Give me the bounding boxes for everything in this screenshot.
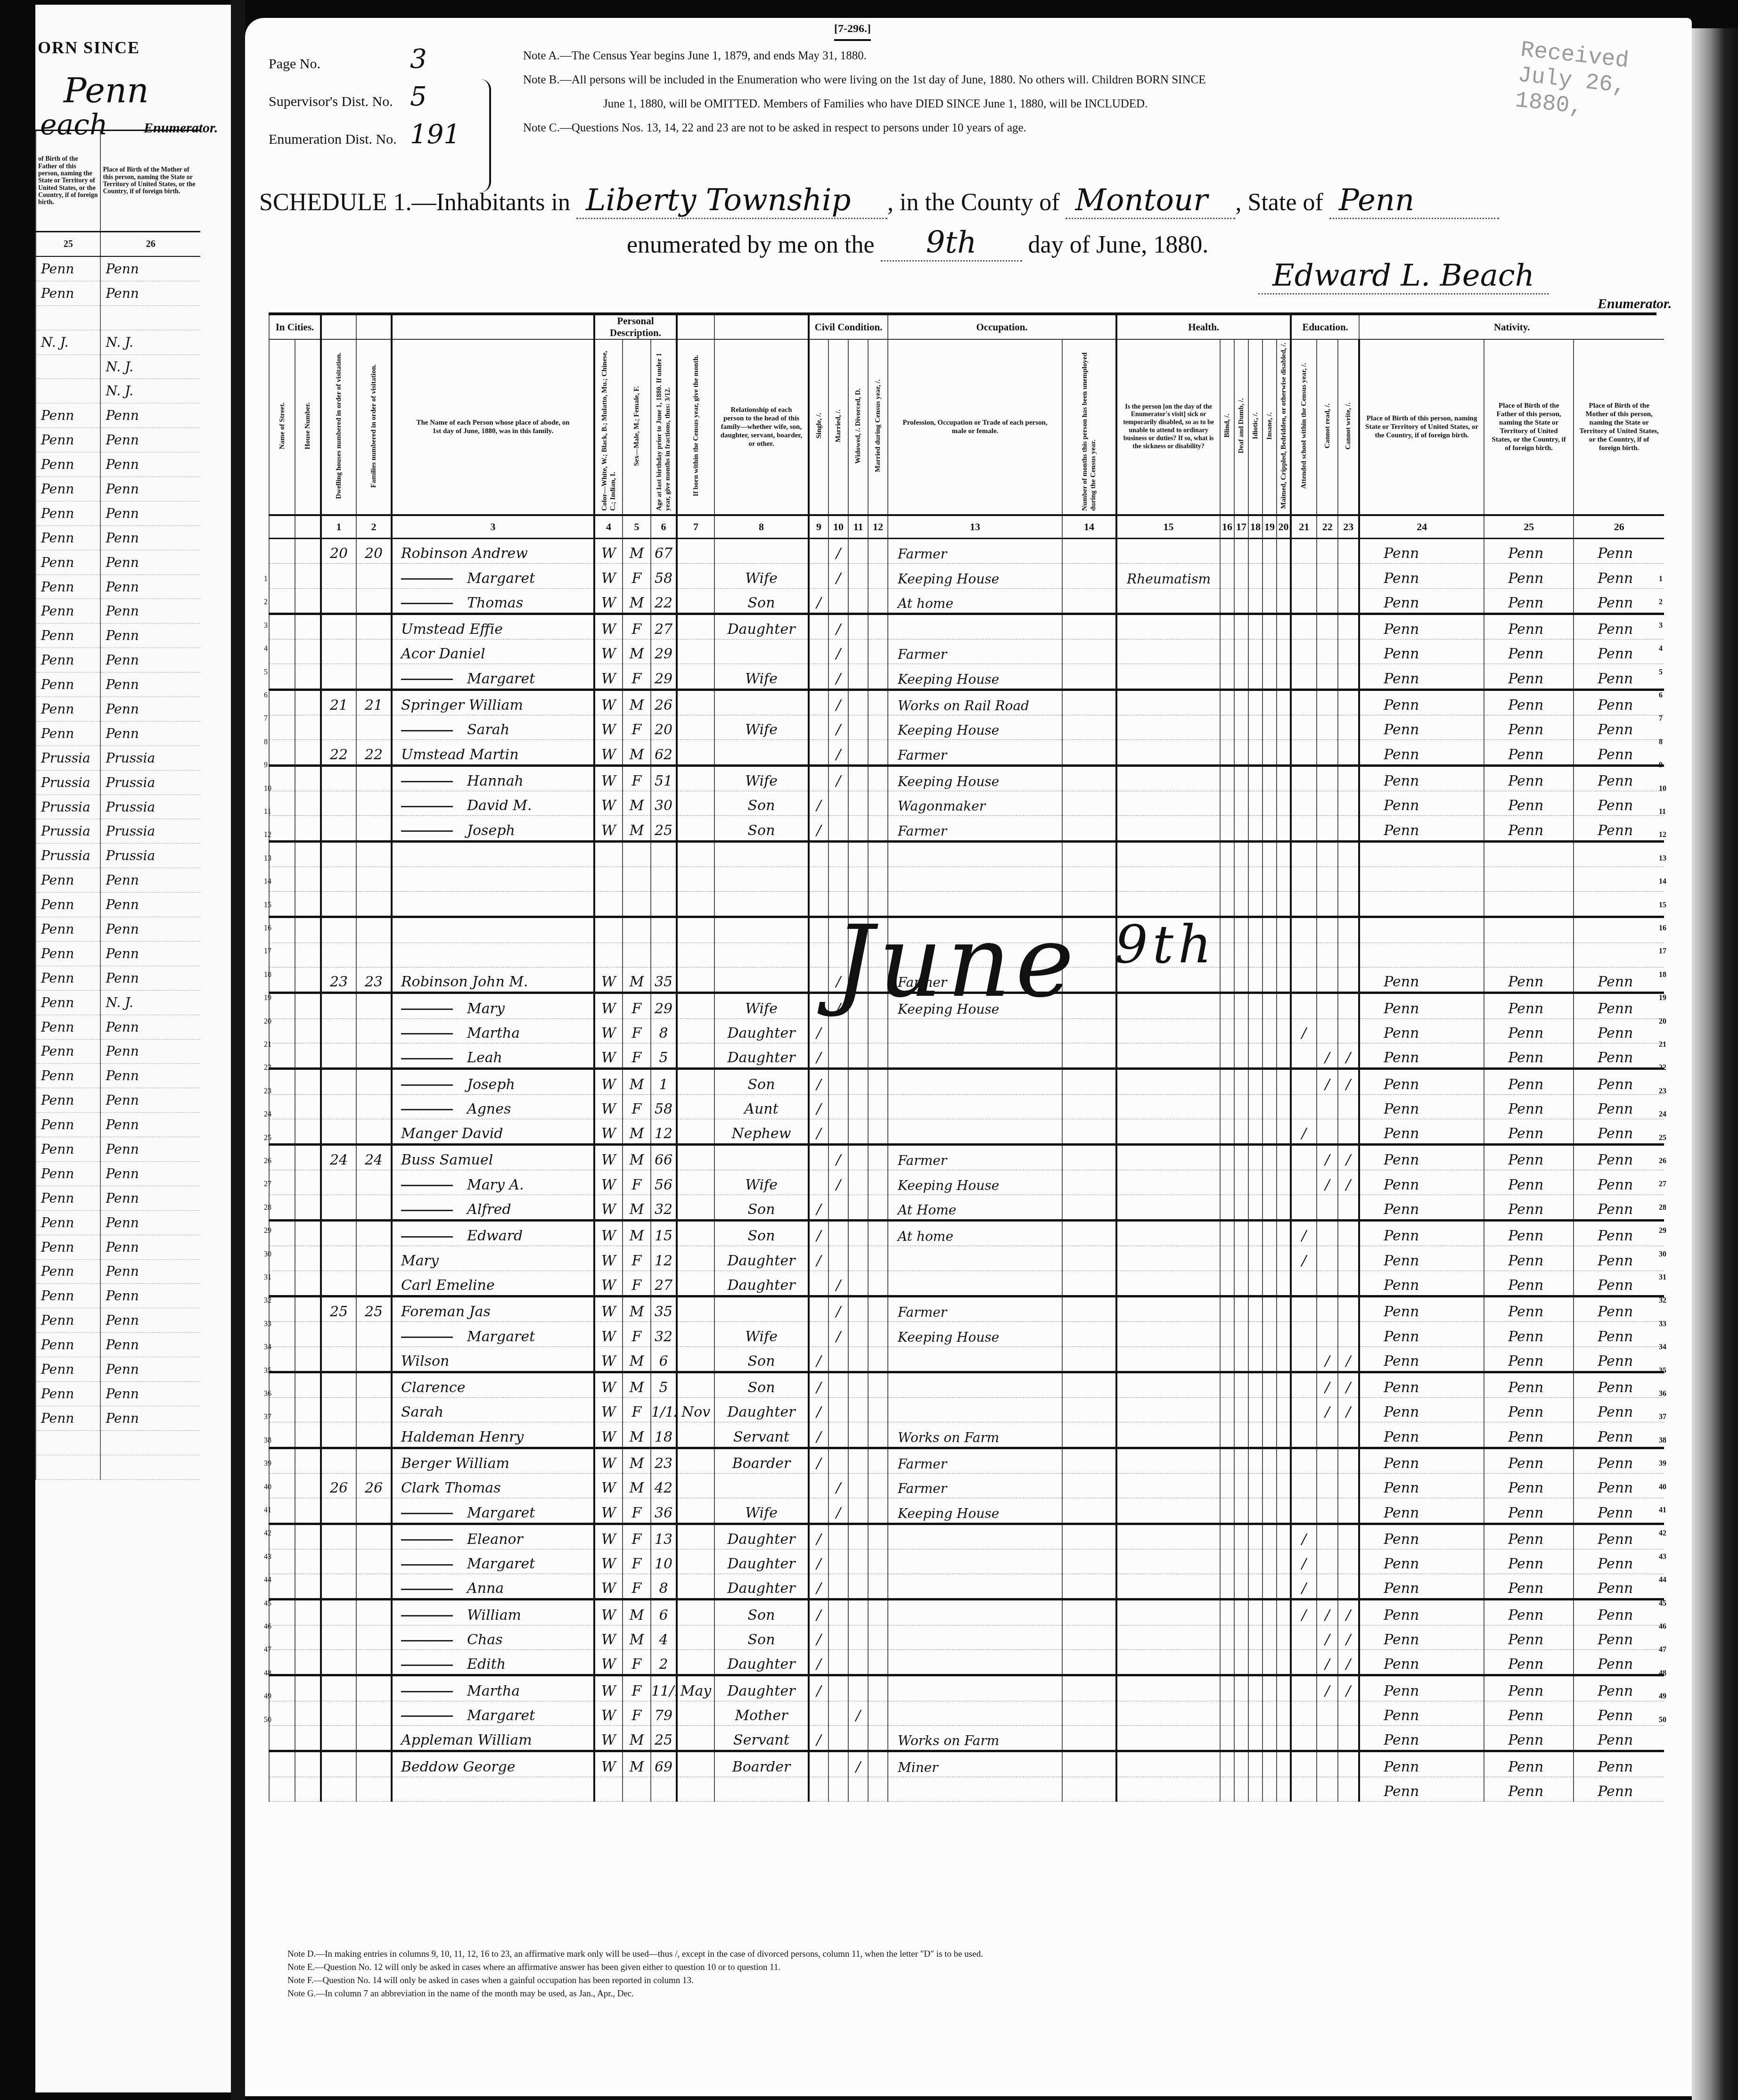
cell-empty bbox=[1220, 1145, 1234, 1170]
cell-married bbox=[828, 1221, 848, 1246]
cell-fam bbox=[356, 1549, 392, 1574]
cell-empty bbox=[1062, 1346, 1116, 1372]
binding-gutter bbox=[231, 0, 245, 2100]
left-cell-mother-birth: Penn bbox=[100, 1406, 200, 1430]
left-cell-mother-birth: Penn bbox=[100, 452, 200, 477]
cell-empty bbox=[269, 1346, 295, 1372]
cell-sex: M bbox=[623, 1372, 651, 1397]
cell-sex: M bbox=[623, 816, 651, 841]
cell-cr bbox=[1317, 943, 1338, 967]
cell-empty bbox=[1062, 1574, 1116, 1600]
cell-fam bbox=[356, 1751, 392, 1777]
cell-empty bbox=[295, 715, 321, 740]
cell-empty bbox=[1062, 1422, 1116, 1448]
cell-cw: / bbox=[1338, 1398, 1359, 1422]
cell-cw: / bbox=[1338, 1600, 1359, 1625]
cell-cw bbox=[1338, 968, 1359, 993]
left-cell-father-birth: Prussia bbox=[36, 746, 100, 770]
cell-empty bbox=[295, 1346, 321, 1372]
line-number-left: 39 bbox=[264, 1460, 271, 1468]
cell-empty bbox=[1248, 1271, 1263, 1296]
cell-empty bbox=[1277, 1372, 1291, 1397]
cell-cr bbox=[1317, 1524, 1338, 1549]
cell-month bbox=[677, 1322, 714, 1346]
cell-cw bbox=[1338, 1018, 1359, 1043]
cell-school: / bbox=[1291, 1549, 1317, 1574]
cell-cr bbox=[1317, 715, 1338, 740]
cell-school bbox=[1291, 968, 1317, 993]
cell-empty bbox=[868, 1751, 888, 1777]
left-table-row: PennPenn bbox=[36, 1259, 200, 1284]
cell-cr bbox=[1317, 1751, 1338, 1777]
cell-sex: M bbox=[623, 968, 651, 993]
left-table-row: PennPenn bbox=[36, 966, 200, 990]
cell-occ: At home bbox=[888, 588, 1062, 614]
col20-header: Maimed, Crippled, Bedridden, or otherwis… bbox=[1279, 343, 1288, 509]
cell-empty bbox=[1234, 588, 1248, 614]
group-civil-condition: Civil Condition. bbox=[809, 315, 888, 339]
col6-header: Age at last birthday prior to June 1, 18… bbox=[655, 341, 672, 511]
cell-cr bbox=[1317, 614, 1338, 639]
cell-empty bbox=[1263, 968, 1277, 993]
left-cell-father-birth: Penn bbox=[36, 501, 100, 525]
cell-b26: Penn bbox=[1574, 1346, 1664, 1372]
person-name: Sarah bbox=[467, 722, 509, 738]
cell-married bbox=[828, 1675, 848, 1701]
line-number: 21 bbox=[1659, 1041, 1666, 1049]
left-table-row: PennPenn bbox=[36, 1333, 200, 1357]
cell-single bbox=[809, 943, 828, 967]
note-d: Note D.—In making entries in columns 9, … bbox=[287, 1948, 983, 1961]
cell-cr bbox=[1317, 867, 1338, 891]
line-number: 8 bbox=[1659, 738, 1663, 746]
ditto-dash bbox=[401, 730, 453, 731]
cell-color: W bbox=[594, 1398, 623, 1422]
line-number-left: 29 bbox=[264, 1227, 271, 1235]
cell-fam bbox=[356, 1119, 392, 1144]
cell-single: / bbox=[809, 1221, 828, 1246]
cell-cw bbox=[1338, 1246, 1359, 1271]
cell-age: 30 bbox=[651, 791, 677, 815]
left-table-row: PennPenn bbox=[36, 721, 200, 746]
cell-empty bbox=[1220, 841, 1234, 867]
cell-empty bbox=[1248, 993, 1263, 1018]
note-b-line1: Note B.—All persons will be included in … bbox=[523, 68, 1205, 92]
line-number: 27 bbox=[1659, 1180, 1666, 1189]
cell-widowed bbox=[848, 1398, 868, 1422]
cell-name: Robinson John M. bbox=[392, 968, 594, 993]
cell-empty bbox=[1062, 740, 1116, 765]
cell-empty bbox=[1248, 1600, 1263, 1625]
cell-b26: Penn bbox=[1574, 1018, 1664, 1043]
cell-empty bbox=[295, 1625, 321, 1649]
cell-color: W bbox=[594, 1524, 623, 1549]
line-number-left: 16 bbox=[264, 924, 271, 933]
cell-color: W bbox=[594, 1372, 623, 1397]
table-row: LeahWF5Daughter///PennPennPenn bbox=[269, 1043, 1664, 1068]
cell-b24: Penn bbox=[1359, 1448, 1484, 1473]
cell-fam bbox=[356, 1069, 392, 1094]
cell-empty bbox=[1220, 1422, 1234, 1448]
left-cell-father-birth: Penn bbox=[36, 1015, 100, 1039]
cell-empty bbox=[1248, 892, 1263, 917]
cell-dw bbox=[321, 993, 356, 1018]
cell-fam bbox=[356, 1322, 392, 1346]
cell-empty bbox=[1234, 1119, 1248, 1144]
cell-color: W bbox=[594, 1422, 623, 1448]
cell-empty bbox=[1263, 841, 1277, 867]
col-num-6: 6 bbox=[651, 515, 677, 539]
cell-empty bbox=[868, 588, 888, 614]
cell-empty bbox=[1263, 917, 1277, 943]
line-number-left: 49 bbox=[264, 1692, 271, 1701]
line-number: 7 bbox=[1659, 714, 1663, 723]
cell-empty bbox=[1277, 1221, 1291, 1246]
cell-sick bbox=[1116, 640, 1220, 664]
left-table-row: PennPenn bbox=[36, 868, 200, 893]
cell-empty bbox=[1220, 1675, 1234, 1701]
cell-b24: Penn bbox=[1359, 1751, 1484, 1777]
person-name: Anna bbox=[467, 1580, 504, 1597]
cell-empty bbox=[1248, 1448, 1263, 1473]
left-cell-mother-birth: Penn bbox=[100, 1259, 200, 1284]
cell-empty bbox=[1263, 614, 1277, 639]
cell-b24: Penn bbox=[1359, 1094, 1484, 1119]
group-in-cities: In Cities. bbox=[269, 315, 321, 339]
cell-empty bbox=[1277, 1600, 1291, 1625]
col-num-2: 2 bbox=[356, 515, 392, 539]
ditto-dash bbox=[401, 1665, 453, 1666]
table-row: 2121Springer WilliamWM26/Works on Rail R… bbox=[269, 689, 1664, 715]
cell-age: 62 bbox=[651, 740, 677, 765]
ditto-dash bbox=[401, 603, 453, 604]
ditto-dash bbox=[401, 1185, 453, 1186]
person-name: Margaret bbox=[467, 1329, 535, 1345]
cell-cr bbox=[1317, 740, 1338, 765]
cell-b24: Penn bbox=[1359, 715, 1484, 740]
cell-b24: Penn bbox=[1359, 1346, 1484, 1372]
left-cell-father-birth: Prussia bbox=[36, 795, 100, 819]
left-cell-father-birth: Penn bbox=[36, 1381, 100, 1406]
line-number-left: 20 bbox=[264, 1017, 271, 1026]
col7-header: If born within the Census year, give the… bbox=[692, 355, 700, 496]
left-cell-mother-birth: Penn bbox=[100, 966, 200, 990]
left-cell-father-birth: Penn bbox=[36, 1113, 100, 1137]
cell-empty bbox=[1277, 791, 1291, 815]
cell-married: / bbox=[828, 715, 848, 740]
cell-empty bbox=[1277, 1725, 1291, 1751]
cell-school bbox=[1291, 1195, 1317, 1220]
table-row: Berger WilliamWM23Boarder/FarmerPennPenn… bbox=[269, 1448, 1664, 1473]
cell-occ: Keeping House bbox=[888, 1498, 1062, 1524]
table-row: David M.WM30Son/WagonmakerPennPennPenn bbox=[269, 791, 1664, 815]
cell-month bbox=[677, 1018, 714, 1043]
cell-age: 6 bbox=[651, 1600, 677, 1625]
cell-widowed bbox=[848, 689, 868, 715]
cell-age bbox=[651, 1777, 677, 1801]
cell-empty bbox=[269, 892, 295, 917]
cell-widowed bbox=[848, 1296, 868, 1321]
cell-empty bbox=[868, 614, 888, 639]
cell-empty bbox=[1277, 1094, 1291, 1119]
cell-single bbox=[809, 640, 828, 664]
cell-sick bbox=[1116, 715, 1220, 740]
cell-empty bbox=[1248, 664, 1263, 689]
cell-occ bbox=[888, 841, 1062, 867]
cell-sex: F bbox=[623, 1271, 651, 1296]
cell-empty bbox=[1220, 1574, 1234, 1600]
census-page: [7-296.] Received July 26, 1880, C. 34 P… bbox=[245, 18, 1692, 2096]
cell-empty bbox=[295, 1675, 321, 1701]
left-nativity-table: of Birth of the Father of this person, n… bbox=[35, 130, 200, 1480]
cell-empty bbox=[1234, 943, 1248, 967]
cell-fam bbox=[356, 640, 392, 664]
cell-single: / bbox=[809, 1246, 828, 1271]
cell-empty bbox=[1277, 968, 1291, 993]
left-cell-mother-birth: Penn bbox=[100, 1015, 200, 1039]
census-table: In Cities. Personal Description. Civil C… bbox=[269, 312, 1656, 1802]
cell-empty bbox=[295, 1549, 321, 1574]
cell-b26: Penn bbox=[1574, 640, 1664, 664]
cell-empty bbox=[1263, 1574, 1277, 1600]
table-row: MargaretWF10Daughter//PennPennPenn bbox=[269, 1549, 1664, 1574]
cell-month bbox=[677, 867, 714, 891]
left-table-row: PennPenn bbox=[36, 1137, 200, 1162]
cell-b26: Penn bbox=[1574, 1777, 1664, 1801]
cell-fam bbox=[356, 1524, 392, 1549]
cell-empty bbox=[1220, 1018, 1234, 1043]
cell-b25 bbox=[1484, 943, 1574, 967]
person-name: Haldeman Henry bbox=[401, 1429, 524, 1445]
cell-sex: M bbox=[623, 1069, 651, 1094]
table-row: JosephWM25Son/FarmerPennPennPenn bbox=[269, 816, 1664, 841]
cell-empty bbox=[269, 1448, 295, 1473]
cell-name: Haldeman Henry bbox=[392, 1422, 594, 1448]
cell-cw bbox=[1338, 1195, 1359, 1220]
cell-empty bbox=[1234, 1094, 1248, 1119]
annotation-month: June bbox=[834, 904, 1079, 1019]
cell-empty bbox=[1277, 1322, 1291, 1346]
left-cell-father-birth bbox=[36, 354, 100, 379]
line-number: 32 bbox=[1659, 1296, 1666, 1305]
left-cell-father-birth: Penn bbox=[36, 525, 100, 550]
cell-empty bbox=[1248, 943, 1263, 967]
cell-empty bbox=[1220, 1751, 1234, 1777]
line-number-left: 7 bbox=[264, 714, 268, 723]
cell-b25: Penn bbox=[1484, 993, 1574, 1018]
cell-single bbox=[809, 968, 828, 993]
col2-header: Families numbered in order of visitation… bbox=[369, 364, 378, 488]
line-number: 20 bbox=[1659, 1017, 1666, 1026]
cell-empty bbox=[1062, 1600, 1116, 1625]
cell-cw bbox=[1338, 1119, 1359, 1144]
cell-sick bbox=[1116, 1346, 1220, 1372]
cell-empty bbox=[295, 816, 321, 841]
cell-dw bbox=[321, 1246, 356, 1271]
cell-cw bbox=[1338, 1701, 1359, 1725]
cell-married: / bbox=[828, 1170, 848, 1195]
line-number: 35 bbox=[1659, 1367, 1666, 1375]
cell-empty bbox=[868, 1271, 888, 1296]
cell-empty bbox=[868, 1221, 888, 1246]
left-cell-father-birth: Penn bbox=[36, 599, 100, 623]
cell-b26: Penn bbox=[1574, 1524, 1664, 1549]
cell-married bbox=[828, 1195, 848, 1220]
left-table-row: PennPenn bbox=[36, 893, 200, 917]
cell-empty bbox=[1248, 1322, 1263, 1346]
cell-b24: Penn bbox=[1359, 765, 1484, 791]
cell-widowed bbox=[848, 715, 868, 740]
cell-cw bbox=[1338, 1296, 1359, 1321]
table-row: EleanorWF13Daughter//PennPennPenn bbox=[269, 1524, 1664, 1549]
line-number: 40 bbox=[1659, 1483, 1666, 1492]
cell-empty bbox=[1234, 1296, 1248, 1321]
cell-empty bbox=[1263, 1372, 1277, 1397]
cell-cr bbox=[1317, 1549, 1338, 1574]
cell-single: / bbox=[809, 1119, 828, 1144]
cell-single: / bbox=[809, 1094, 828, 1119]
cell-empty bbox=[295, 943, 321, 967]
cell-month bbox=[677, 1246, 714, 1271]
cell-widowed bbox=[848, 740, 868, 765]
state-field: Penn bbox=[1329, 183, 1499, 219]
cell-empty bbox=[1062, 640, 1116, 664]
col5-header: Sex—Male, M.; Female, F. bbox=[632, 386, 641, 466]
cell-age: 15 bbox=[651, 1221, 677, 1246]
cell-name: Margaret bbox=[392, 1498, 594, 1524]
cell-fam bbox=[356, 1043, 392, 1068]
line-number-left: 19 bbox=[264, 994, 271, 1002]
cell-sex: F bbox=[623, 1246, 651, 1271]
cell-b26: Penn bbox=[1574, 1296, 1664, 1321]
cell-widowed bbox=[848, 1195, 868, 1220]
cell-school: / bbox=[1291, 1574, 1317, 1600]
table-row: EdwardWM15Son/At home/PennPennPenn bbox=[269, 1221, 1664, 1246]
cell-b25: Penn bbox=[1484, 1574, 1574, 1600]
cell-empty bbox=[1062, 1498, 1116, 1524]
cell-empty bbox=[269, 1271, 295, 1296]
cell-empty bbox=[1248, 588, 1263, 614]
cell-sex: M bbox=[623, 1195, 651, 1220]
table-row: ThomasWM22Son/At homePennPennPenn bbox=[269, 588, 1664, 614]
cell-occ: Farmer bbox=[888, 1296, 1062, 1321]
cell-empty bbox=[1220, 968, 1234, 993]
cell-empty bbox=[295, 1725, 321, 1751]
cell-empty bbox=[269, 1195, 295, 1220]
cell-b26: Penn bbox=[1574, 968, 1664, 993]
left-cell-mother-birth bbox=[100, 1455, 200, 1479]
left-cell-mother-birth: Penn bbox=[100, 256, 200, 281]
col-house-header: House Number. bbox=[303, 402, 312, 449]
cell-dw bbox=[321, 1498, 356, 1524]
cell-empty bbox=[295, 1372, 321, 1397]
cell-b25: Penn bbox=[1484, 1094, 1574, 1119]
cell-rel bbox=[714, 867, 809, 891]
left-cell-mother-birth: Penn bbox=[100, 1235, 200, 1259]
cell-month bbox=[677, 1271, 714, 1296]
cell-cw bbox=[1338, 765, 1359, 791]
cell-b25: Penn bbox=[1484, 588, 1574, 614]
cell-widowed bbox=[848, 1422, 868, 1448]
cell-sex: M bbox=[623, 640, 651, 664]
cell-empty bbox=[269, 1725, 295, 1751]
table-row: 2626Clark ThomasWM42/FarmerPennPennPenn bbox=[269, 1473, 1664, 1498]
cell-dw bbox=[321, 1625, 356, 1649]
cell-rel: Daughter bbox=[714, 1650, 809, 1675]
cell-school: / bbox=[1291, 1246, 1317, 1271]
cell-empty bbox=[1234, 765, 1248, 791]
cell-color: W bbox=[594, 588, 623, 614]
cell-school: / bbox=[1291, 1018, 1317, 1043]
cell-b25 bbox=[1484, 867, 1574, 891]
cell-sick bbox=[1116, 740, 1220, 765]
cell-empty bbox=[295, 1094, 321, 1119]
cell-fam bbox=[356, 892, 392, 917]
schedule-prefix: SCHEDULE 1.—Inhabitants in bbox=[259, 189, 570, 216]
cell-widowed bbox=[848, 791, 868, 815]
cell-color bbox=[594, 892, 623, 917]
cell-widowed bbox=[848, 588, 868, 614]
cell-cw bbox=[1338, 539, 1359, 564]
cell-empty bbox=[1277, 841, 1291, 867]
cell-sex: F bbox=[623, 564, 651, 588]
cell-rel: Daughter bbox=[714, 1524, 809, 1549]
cell-empty bbox=[1263, 1625, 1277, 1649]
cell-fam bbox=[356, 816, 392, 841]
cell-b26: Penn bbox=[1574, 1094, 1664, 1119]
cell-occ: Keeping House bbox=[888, 564, 1062, 588]
cell-empty bbox=[1248, 1675, 1263, 1701]
cell-sick bbox=[1116, 1498, 1220, 1524]
cell-dw bbox=[321, 1549, 356, 1574]
cell-sex: F bbox=[623, 1322, 651, 1346]
cell-empty bbox=[1234, 539, 1248, 564]
cell-widowed bbox=[848, 1346, 868, 1372]
cell-empty bbox=[868, 816, 888, 841]
cell-empty bbox=[269, 689, 295, 715]
cell-month bbox=[677, 539, 714, 564]
cell-empty bbox=[868, 1346, 888, 1372]
col-num-22: 22 bbox=[1317, 515, 1338, 539]
cell-empty bbox=[269, 1246, 295, 1271]
left-table-row bbox=[36, 1430, 200, 1455]
left-table-row: PennPenn bbox=[36, 477, 200, 501]
cell-empty bbox=[1263, 1094, 1277, 1119]
left-cell-father-birth bbox=[36, 1430, 100, 1455]
cell-widowed bbox=[848, 1094, 868, 1119]
cell-sex: F bbox=[623, 1398, 651, 1422]
cell-name: Buss Samuel bbox=[392, 1145, 594, 1170]
cell-fam bbox=[356, 1777, 392, 1801]
county-field: Montour bbox=[1066, 183, 1235, 219]
cell-b25: Penn bbox=[1484, 1069, 1574, 1094]
cell-age: 51 bbox=[651, 765, 677, 791]
cell-sick bbox=[1116, 1094, 1220, 1119]
cell-color: W bbox=[594, 1170, 623, 1195]
cell-empty bbox=[1062, 1322, 1116, 1346]
cell-b24: Penn bbox=[1359, 1524, 1484, 1549]
cell-sick bbox=[1116, 1600, 1220, 1625]
cell-b25: Penn bbox=[1484, 791, 1574, 815]
cell-married bbox=[828, 816, 848, 841]
line-number-left: 18 bbox=[264, 971, 271, 979]
cell-empty bbox=[269, 791, 295, 815]
cell-widowed bbox=[848, 1119, 868, 1144]
cell-empty bbox=[1263, 1221, 1277, 1246]
cell-b24: Penn bbox=[1359, 1271, 1484, 1296]
cell-b24: Penn bbox=[1359, 1777, 1484, 1801]
note-c: Note C.—Questions Nos. 13, 14, 22 and 23… bbox=[523, 116, 1205, 140]
